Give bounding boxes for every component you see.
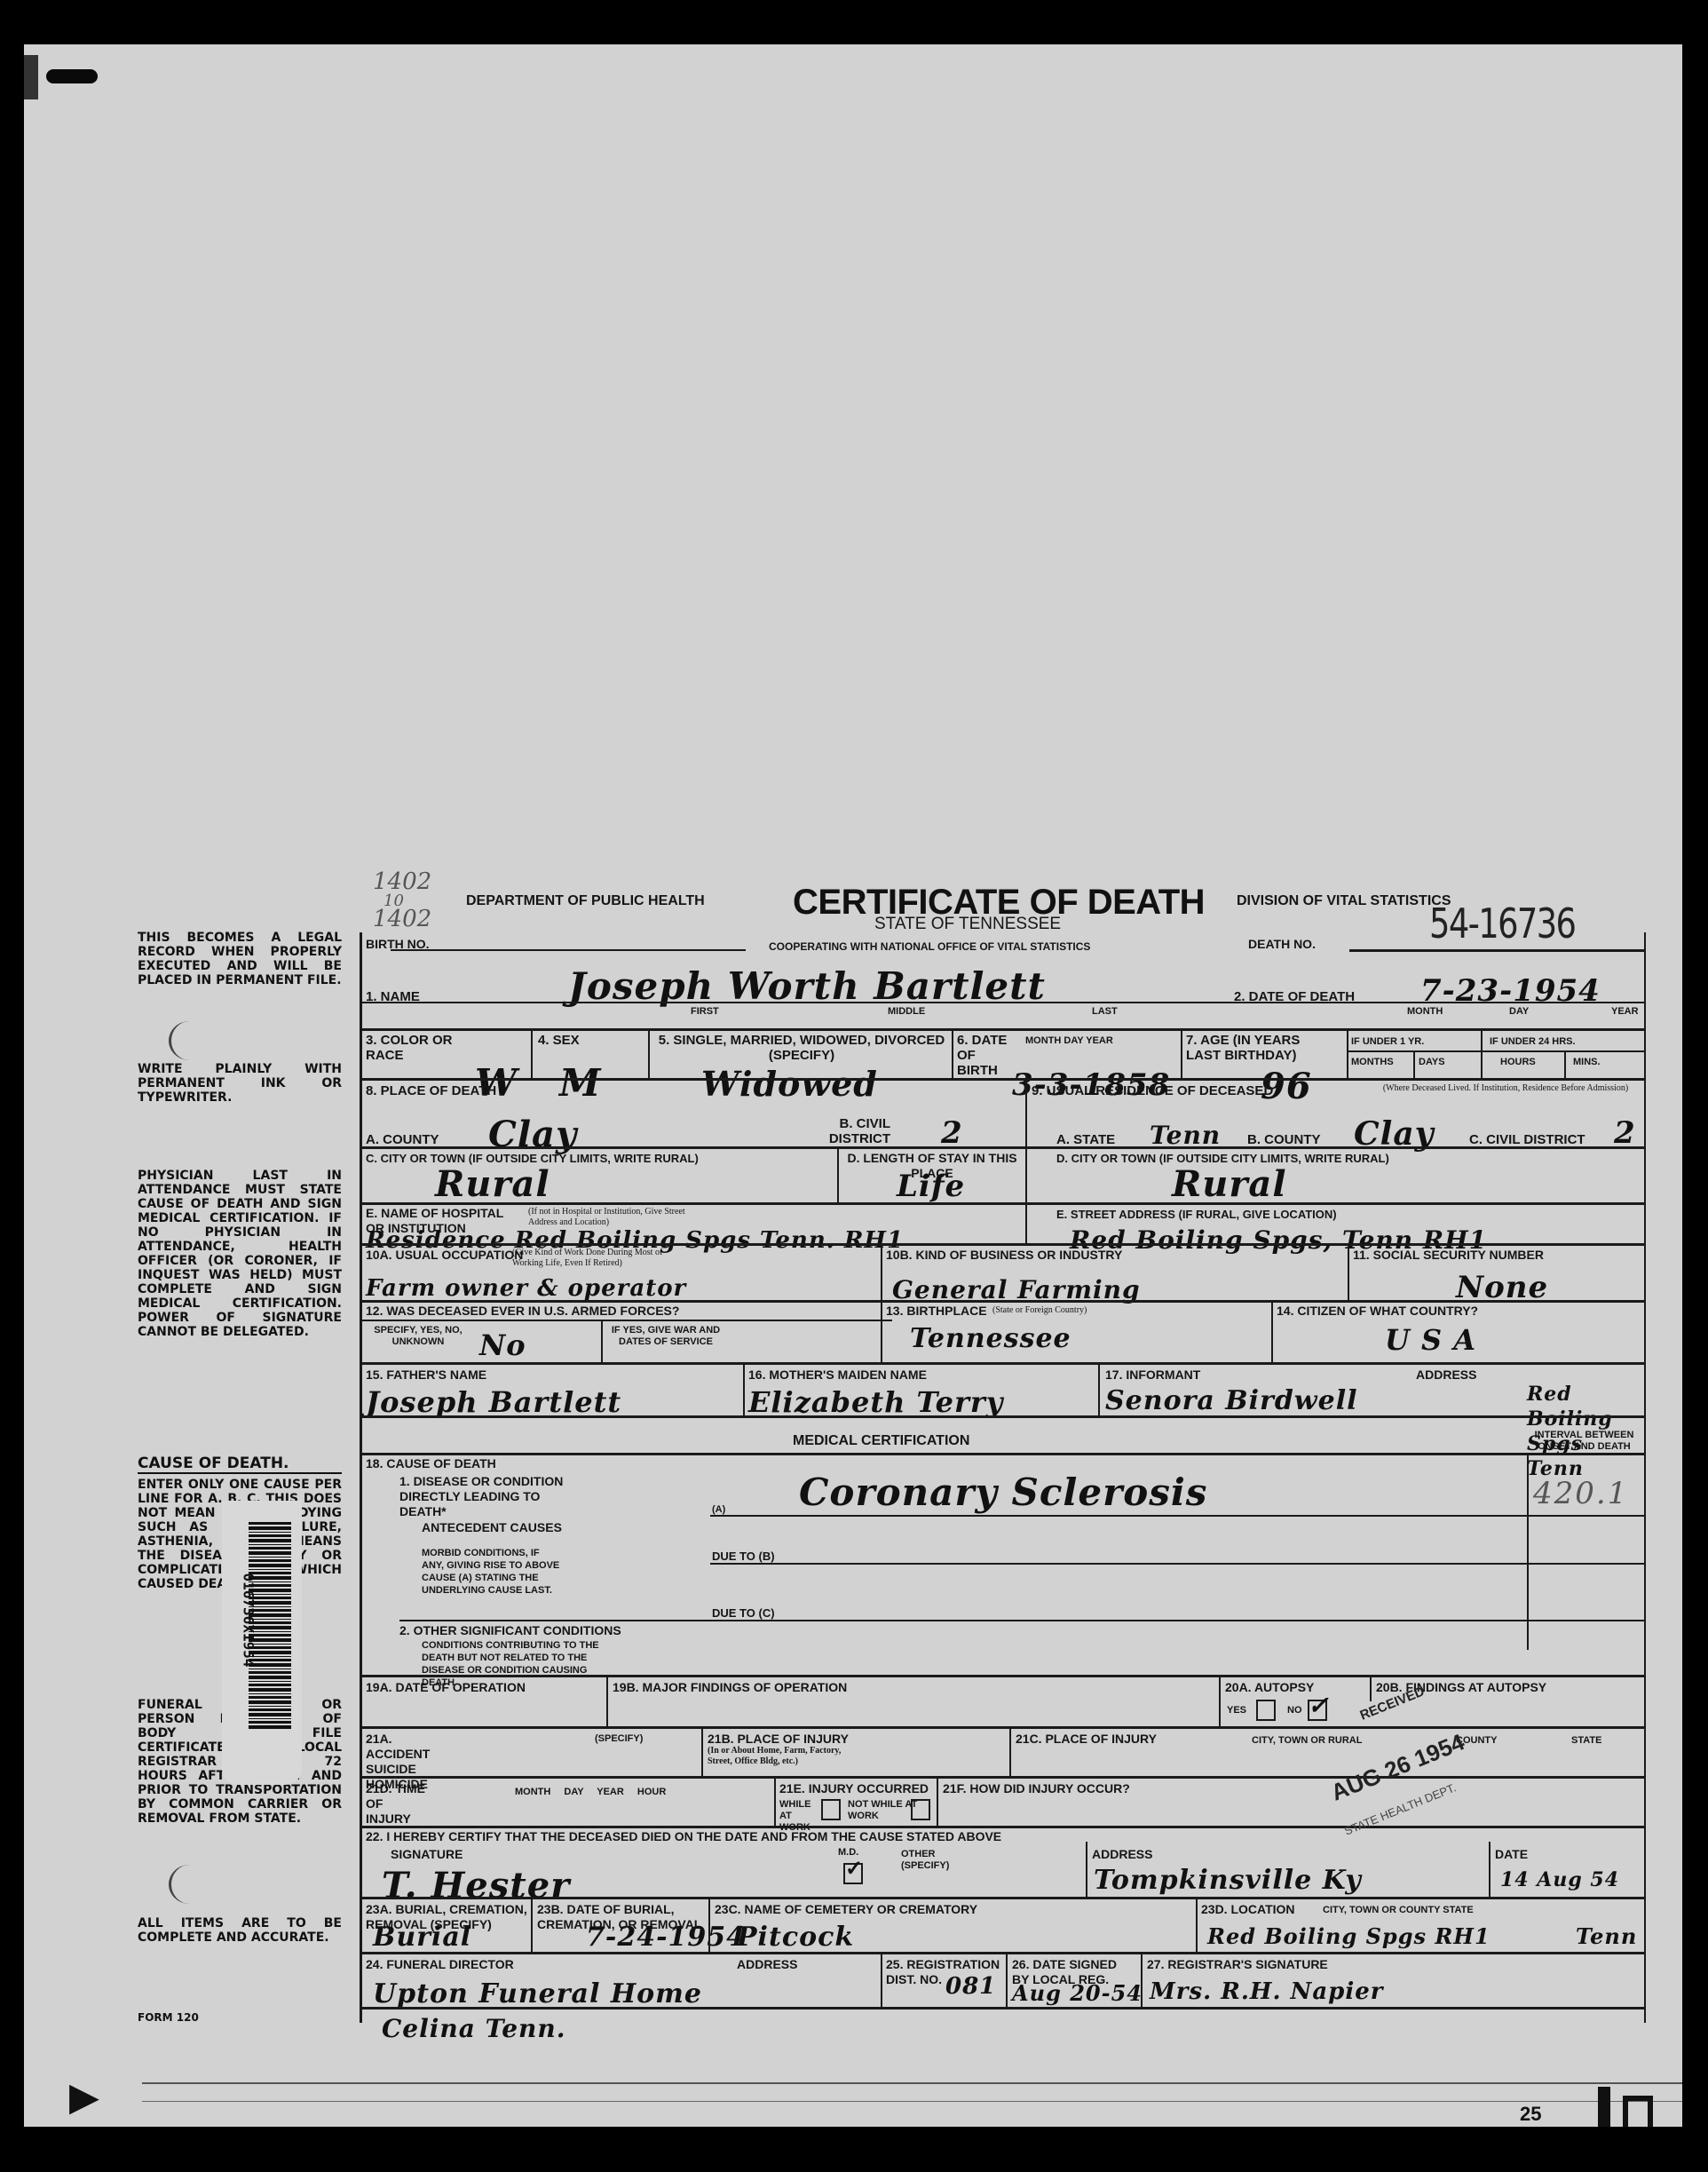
other-specify-label: OTHER (SPECIFY) (901, 1849, 963, 1872)
hours-label: HOURS (1500, 1057, 1536, 1068)
death-no-label: DEATH NO. (1248, 937, 1316, 952)
divider (601, 1320, 603, 1362)
divider (701, 1726, 703, 1776)
check-mark-icon: ✓ (845, 1856, 863, 1882)
divider (648, 1028, 650, 1078)
sidebar-cause-heading: CAUSE OF DEATH. (138, 1456, 342, 1474)
res-county-label: B. COUNTY (1247, 1132, 1321, 1147)
citizen-label: 14. CITIZEN OF WHAT COUNTRY? (1277, 1304, 1478, 1319)
funeral-address-label: ADDRESS (737, 1957, 797, 1972)
cause-a-value: Coronary Sclerosis (799, 1470, 1207, 1514)
stay-value: Life (897, 1169, 965, 1204)
city-value: Rural (435, 1163, 550, 1205)
occupation-value: Farm owner & operator (366, 1275, 686, 1302)
rule (360, 1320, 892, 1321)
injury-occurred-label: 21E. INJURY OCCURRED (779, 1781, 929, 1796)
rule (360, 1776, 1644, 1779)
signature-label: SIGNATURE (391, 1847, 463, 1862)
not-while-work-checkbox[interactable] (911, 1799, 930, 1820)
divider (774, 1776, 776, 1826)
divider (1348, 1243, 1349, 1300)
divider (1196, 1897, 1198, 1952)
civil-district-value: 2 (941, 1115, 963, 1151)
city-town-rural: CITY, TOWN OR RURAL (1252, 1735, 1362, 1747)
rule (360, 1028, 1644, 1031)
last-caption: LAST (1092, 1006, 1118, 1018)
ssn-label: 11. SOCIAL SECURITY NUMBER (1353, 1248, 1544, 1263)
street-label: E. STREET ADDRESS (IF RURAL, GIVE LOCATI… (1056, 1207, 1337, 1222)
division-label: DIVISION OF VITAL STATISTICS (1237, 893, 1451, 908)
divider (1481, 1028, 1483, 1078)
rule (710, 1563, 1644, 1565)
divider (1413, 1052, 1415, 1078)
residence-label: 9. USUAL RESIDENCE OF DECEASED (1032, 1083, 1273, 1098)
date-signed-value: Aug 20-54 (1012, 1980, 1143, 2006)
film-strip-line (142, 2082, 1682, 2084)
check-mark-icon: ✓ (1308, 1691, 1328, 1720)
burial-value: Burial (373, 1922, 471, 1953)
hospital-note: (If not in Hospital or Institution, Give… (528, 1207, 701, 1228)
due-to-c-label: DUE TO (C) (712, 1605, 775, 1621)
cooperating-label: COOPERATING WITH NATIONAL OFFICE OF VITA… (769, 939, 1090, 955)
registrar-signature: Mrs. R.H. Napier (1150, 1978, 1383, 2005)
rule (360, 1453, 1644, 1455)
op-date-label: 19A. DATE OF OPERATION (366, 1680, 526, 1695)
sex-label: 4. SEX (538, 1033, 580, 1048)
form-right-border (1644, 932, 1646, 2023)
rule (360, 1897, 1644, 1899)
business-label: 10B. KIND OF BUSINESS OR INDUSTRY (886, 1248, 1122, 1263)
under-24hrs-label: IF UNDER 24 HRS. (1490, 1036, 1576, 1048)
film-strip-line (142, 2101, 1682, 2102)
physician-signature: T. Hester (382, 1865, 570, 1906)
days-label: DAYS (1419, 1057, 1445, 1068)
year-caption: YEAR (1611, 1006, 1639, 1018)
rule (360, 1243, 1644, 1246)
mins-label: MINS. (1573, 1057, 1601, 1068)
day-caption: DAY (1509, 1006, 1529, 1018)
divider (606, 1675, 608, 1726)
occupation-label: 10A. USUAL OCCUPATION (366, 1248, 523, 1263)
form-number: FORM 120 (138, 2010, 342, 2025)
divider (1098, 1362, 1100, 1415)
age-label: 7. AGE (IN YEARS LAST BIRTHDAY) (1186, 1033, 1337, 1063)
sidebar-all-items: ALL ITEMS ARE TO BE COMPLETE AND ACCURAT… (138, 1916, 342, 1945)
morbid-label: MORBID CONDITIONS, IF ANY, GIVING RISE T… (422, 1547, 564, 1597)
cemetery-label: 23C. NAME OF Cemetery or Crematory (715, 1902, 977, 1917)
war-label: IF YES, GIVE WAR AND DATES OF SERVICE (608, 1325, 724, 1348)
father-label: 15. FATHER'S NAME (366, 1367, 486, 1383)
under-1yr-label: IF UNDER 1 YR. (1351, 1036, 1424, 1048)
divider (837, 1146, 839, 1202)
burial-location-cols: CITY, TOWN OR COUNTY STATE (1323, 1905, 1474, 1916)
res-civil-value: 2 (1614, 1115, 1636, 1151)
sidebar-physician: PHYSICIAN LAST IN ATTENDANCE MUST STATE … (138, 1169, 342, 1339)
certifier-address-value: Tompkinsville Ky (1094, 1865, 1362, 1896)
occupation-note: (Give Kind of Work Done During Most of W… (512, 1248, 681, 1269)
mother-label: 16. MOTHER'S MAIDEN NAME (748, 1367, 927, 1383)
dob-cols: MONTH DAY YEAR (1025, 1035, 1113, 1047)
sidebar-legal-record: THIS BECOMES A LEGAL RECORD WHEN PROPERL… (138, 931, 342, 987)
mother-value: Elizabeth Terry (748, 1385, 1003, 1419)
medical-cert-heading: MEDICAL CERTIFICATION (793, 1433, 969, 1448)
divider (1181, 1028, 1182, 1078)
autopsy-no-checkbox[interactable]: ✓ (1308, 1700, 1327, 1721)
while-work-checkbox[interactable] (821, 1799, 841, 1820)
rule (360, 1362, 1644, 1365)
divider (1489, 1842, 1491, 1897)
divider (1009, 1726, 1011, 1776)
department-label: DEPARTMENT OF PUBLIC HEALTH (466, 893, 705, 908)
divider (1271, 1300, 1273, 1362)
time-cols: MONTH DAY YEAR HOUR (515, 1787, 666, 1798)
margin-note: 1402 (373, 906, 431, 932)
interval-label: INTERVAL BETWEEN ONSET AND DEATH (1529, 1430, 1640, 1453)
divider (1564, 1052, 1566, 1078)
place-of-death-label: 8. PLACE OF DEATH (366, 1083, 496, 1098)
rule (360, 2007, 1644, 2009)
res-civil-label: C. CIVIL DISTRICT (1469, 1132, 1585, 1147)
divider (1370, 1675, 1372, 1701)
autopsy-yes-checkbox[interactable] (1256, 1700, 1276, 1721)
certify-date-value: 14 Aug 54 (1500, 1868, 1619, 1891)
informant-value: Senora Birdwell (1105, 1385, 1358, 1416)
other-conditions-label: 2. OTHER SIGNIFICANT CONDITIONS (399, 1623, 621, 1638)
rule (360, 1002, 1644, 1003)
not-while-work-label: NOT WHILE AT WORK (848, 1799, 919, 1822)
divider (1086, 1842, 1087, 1897)
cemetery-value: Pitcock (737, 1922, 854, 1953)
injury-place-c-label: 21C. PLACE OF INJURY (1016, 1732, 1157, 1747)
rule (399, 1620, 1644, 1621)
father-value: Joseph Bartlett (366, 1385, 621, 1419)
certify-statement: 22. I HEREBY CERTIFY THAT THE DECEASED D… (366, 1829, 1001, 1844)
rule (360, 1078, 1644, 1081)
county-label: A. COUNTY (366, 1132, 439, 1147)
injury-place-note: (In or About Home, Farm, Factory, Street… (708, 1746, 867, 1767)
autopsy-label: 20A. AUTOPSY (1225, 1680, 1314, 1695)
months-label: MONTHS (1351, 1057, 1394, 1068)
divider (1025, 1078, 1027, 1243)
res-state-label: A. STATE (1056, 1132, 1115, 1147)
rule (360, 1146, 1644, 1149)
injury-state: STATE (1571, 1735, 1601, 1747)
informant-label: 17. INFORMANT (1105, 1367, 1200, 1383)
rule (360, 1726, 1644, 1729)
date-of-death-value: 7-23-1954 (1420, 973, 1601, 1009)
accident-specify: (SPECIFY) (595, 1733, 643, 1745)
dob-label: 6. DATE OF BIRTH (957, 1033, 1019, 1078)
sidebar-write-plainly: WRITE PLAINLY WITH PERMANENT INK OR TYPE… (138, 1062, 342, 1105)
middle-caption: MIDDLE (888, 1006, 925, 1018)
divider (1006, 1952, 1008, 2007)
citizen-value: U S A (1385, 1323, 1476, 1357)
death-number: 54-16736 (1429, 900, 1575, 947)
divider (1347, 1028, 1348, 1078)
first-caption: FIRST (691, 1006, 719, 1018)
armed-value: No (479, 1328, 526, 1362)
rule (360, 1300, 1644, 1303)
reg-dist-value: 081 (945, 1973, 996, 2000)
registrar-label: 27. REGISTRAR'S SIGNATURE (1147, 1957, 1328, 1972)
md-checkbox[interactable]: ✓ (843, 1863, 863, 1884)
punch-hole-icon (169, 1865, 210, 1904)
birthplace-note: (State or Foreign Country) (992, 1305, 1087, 1316)
autopsy-no-label: NO (1287, 1705, 1302, 1716)
marital-label: 5. SINGLE, MARRIED, WIDOWED, DIVORCED (S… (655, 1033, 948, 1063)
divider (1219, 1675, 1221, 1726)
informant-address-label: ADDRESS (1416, 1367, 1476, 1383)
film-bottom-edge (24, 2127, 1682, 2172)
divider (531, 1897, 533, 1952)
burial-location-label: 23D. LOCATION (1201, 1902, 1295, 1917)
marital-value: Widowed (701, 1064, 878, 1104)
state-label: STATE OF TENNESSEE (874, 916, 1061, 931)
divider (743, 1362, 745, 1415)
birthplace-label: 13. BIRTHPLACE (886, 1304, 987, 1319)
op-findings-label: 19B. MAJOR FINDINGS OF OPERATION (613, 1680, 847, 1695)
punch-hole-icon (169, 1021, 210, 1060)
funeral-address-value: Celina Tenn. (382, 2014, 566, 2043)
form-left-border (360, 932, 362, 2023)
burial-location-value: Red Boiling Spgs RH1 (1207, 1923, 1491, 1949)
cause-code: 420.1 (1533, 1476, 1628, 1511)
color-label: 3. COLOR OR RACE (366, 1033, 472, 1063)
divider (708, 1897, 710, 1952)
film-marker-bar (46, 69, 98, 83)
disease-label: 1. DISEASE OR CONDITION DIRECTLY LEADING… (399, 1474, 577, 1519)
rule (710, 1515, 1644, 1517)
rule (1349, 949, 1644, 952)
rule (360, 1675, 1644, 1677)
cause-of-death-label: 18. CAUSE OF DEATH (366, 1456, 496, 1471)
month-caption: MONTH (1407, 1006, 1443, 1018)
divider (531, 1028, 533, 1078)
divider (1141, 1952, 1143, 2007)
autopsy-yes-label: YES (1227, 1705, 1246, 1716)
rule (360, 1202, 1644, 1205)
sex-value: M (559, 1061, 602, 1105)
armed-specify-label: SPECIFY, YES, NO, UNKNOWN (369, 1325, 467, 1348)
time-injury-label: 21D. TIME OF INJURY (366, 1781, 428, 1827)
birthplace-value: Tennessee (910, 1323, 1071, 1354)
film-edge-smudge (24, 55, 38, 99)
film-frame-number: 25 (1520, 2103, 1541, 2126)
injury-place-label: 21B. PLACE OF INJURY (708, 1732, 849, 1747)
burial-location-state: Tenn (1576, 1923, 1637, 1949)
barcode-number: 016736X1954 (241, 1532, 257, 1709)
burial-date-value: 7-24-1954 (586, 1922, 746, 1953)
birth-no-line (391, 949, 746, 951)
divider (881, 1952, 882, 2007)
rule (360, 1415, 1644, 1418)
res-city-value: Rural (1172, 1163, 1287, 1205)
funeral-director-value: Upton Funeral Home (373, 1978, 702, 2009)
film-arrow-icon: ▶ (69, 2078, 99, 2117)
divider (881, 1243, 882, 1300)
rule (360, 1826, 1644, 1828)
divider (952, 1028, 953, 1078)
film-marker-box (1623, 2096, 1653, 2128)
residence-note: (Where Deceased Lived. If Institution, R… (1367, 1083, 1644, 1094)
divider (881, 1300, 882, 1362)
certify-date-label: DATE (1495, 1847, 1528, 1862)
civil-district-label: B. CIVIL DISTRICT (802, 1116, 890, 1146)
divider (937, 1776, 938, 1826)
antecedent-label: ANTECEDENT CAUSES (422, 1520, 562, 1535)
certifier-address-label: ADDRESS (1092, 1847, 1152, 1862)
film-marker-bar (1598, 2087, 1610, 2128)
rule (360, 1952, 1644, 1954)
rule (1347, 1050, 1644, 1052)
due-to-b-label: DUE TO (B) (712, 1549, 775, 1564)
funeral-director-label: 24. FUNERAL DIRECTOR (366, 1957, 514, 1972)
how-injury-label: 21F. HOW DID INJURY OCCUR? (943, 1781, 1130, 1796)
armed-forces-label: 12. WAS DECEASED EVER IN U.S. ARMED FORC… (366, 1304, 679, 1319)
